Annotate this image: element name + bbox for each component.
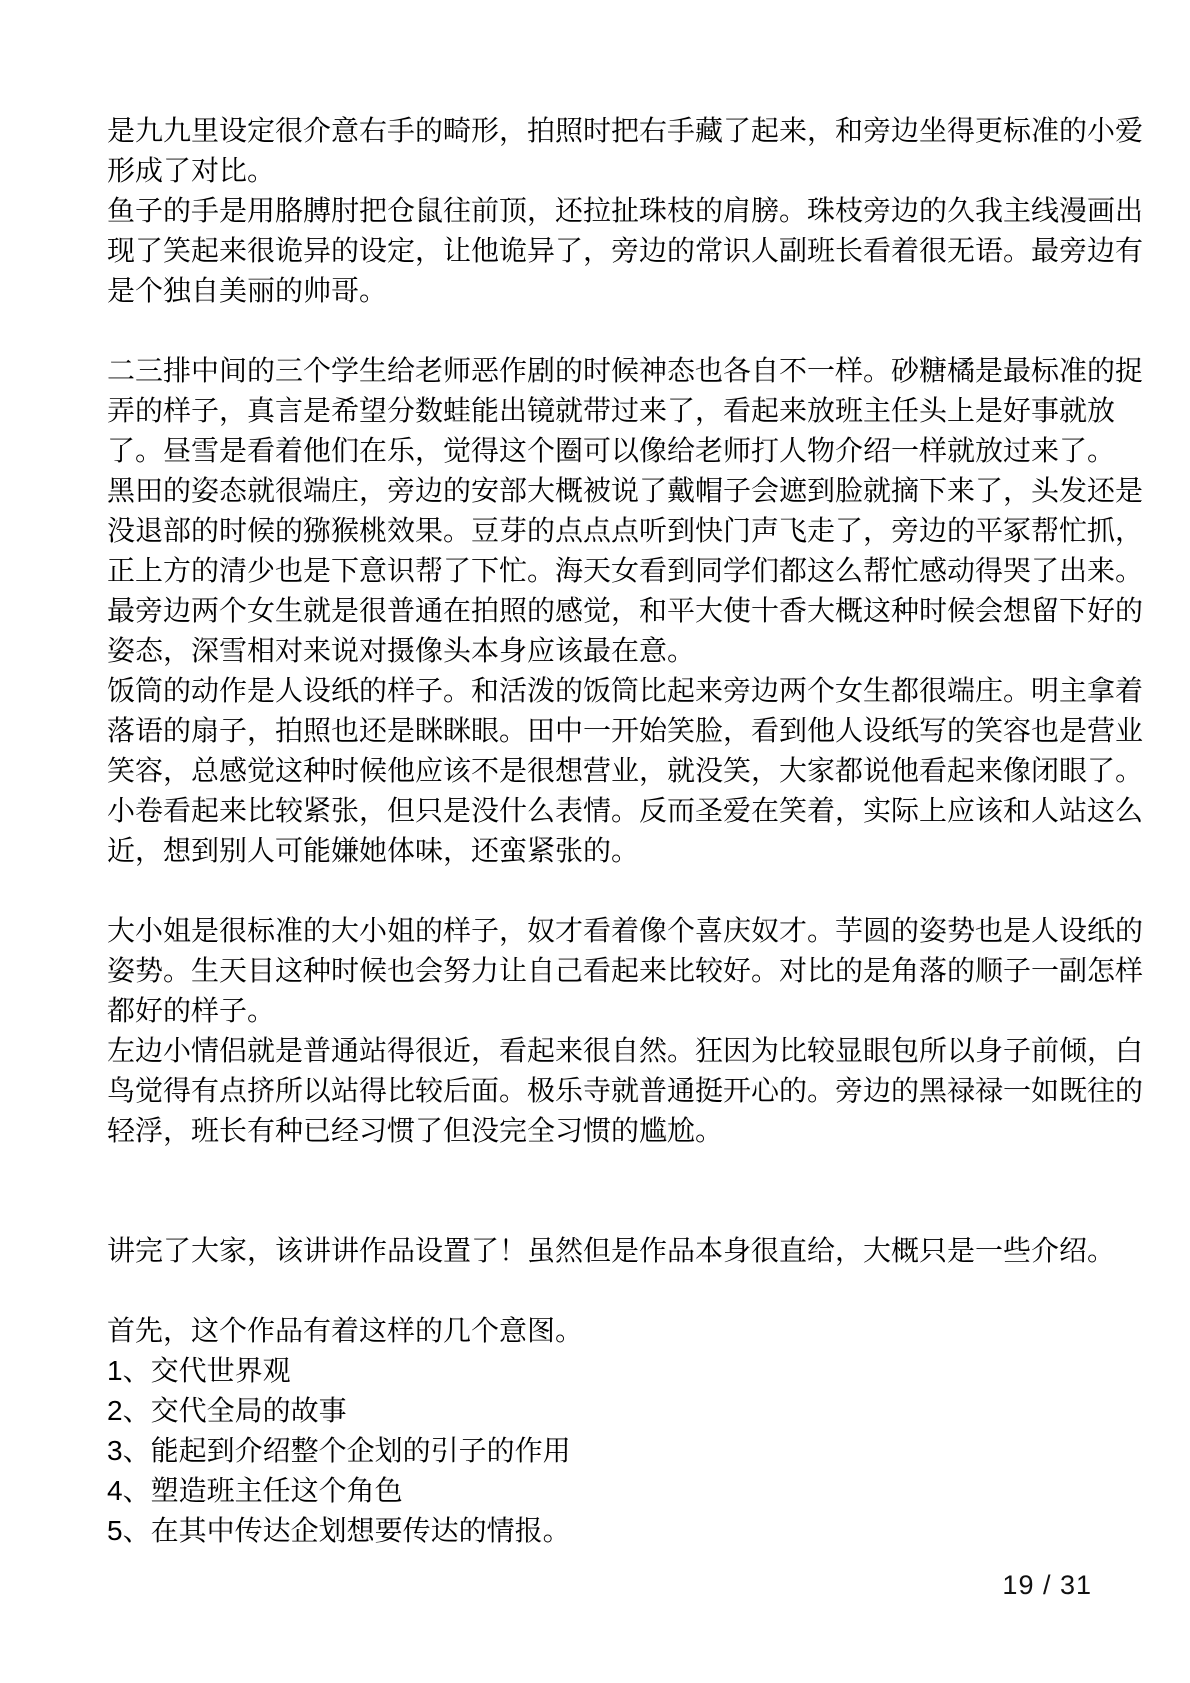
text-line: 是个独自美丽的帅哥。 — [107, 271, 1107, 311]
paragraph-transition: 讲完了大家，该讲讲作品设置了！虽然但是作品本身很直给，大概只是一些介绍。 — [107, 1231, 1107, 1271]
paragraph-photo-pose-1: 是九九里设定很介意右手的畸形，拍照时把右手藏了起来，和旁边坐得更标准的小爱 形成… — [107, 111, 1107, 311]
text-line: 没退部的时候的猕猴桃效果。豆芽的点点点听到快门声飞走了，旁边的平冢帮忙抓， — [107, 511, 1107, 551]
text-line: 都好的样子。 — [107, 991, 1107, 1031]
text-line: 黑田的姿态就很端庄，旁边的安部大概被说了戴帽子会遮到脸就摘下来了，头发还是 — [107, 471, 1107, 511]
text-line: 笑容，总感觉这种时候他应该不是很想营业，就没笑，大家都说他看起来像闭眼了。 — [107, 751, 1107, 791]
document-page: 是九九里设定很介意右手的畸形，拍照时把右手藏了起来，和旁边坐得更标准的小爱 形成… — [0, 0, 1190, 1683]
list-item: 2、交代全局的故事 — [107, 1391, 1107, 1431]
text-line: 姿态，深雪相对来说对摄像头本身应该最在意。 — [107, 631, 1107, 671]
text-line: 鱼子的手是用胳膊肘把仓鼠往前顶，还拉扯珠枝的肩膀。珠枝旁边的久我主线漫画出 — [107, 191, 1107, 231]
numbered-list-intents: 1、交代世界观 2、交代全局的故事 3、能起到介绍整个企划的引子的作用 4、塑造… — [107, 1351, 1107, 1551]
list-item: 5、在其中传达企划想要传达的情报。 — [107, 1511, 1107, 1551]
text-line: 现了笑起来很诡异的设定，让他诡异了，旁边的常识人副班长看着很无语。最旁边有 — [107, 231, 1107, 271]
list-item: 1、交代世界观 — [107, 1351, 1107, 1391]
list-item: 3、能起到介绍整个企划的引子的作用 — [107, 1431, 1107, 1471]
text-line: 近，想到别人可能嫌她体味，还蛮紧张的。 — [107, 831, 1107, 871]
paragraph-photo-pose-2: 二三排中间的三个学生给老师恶作剧的时候神态也各自不一样。砂糖橘是最标准的捉 弄的… — [107, 351, 1107, 871]
text-line: 轻浮，班长有种已经习惯了但没完全习惯的尴尬。 — [107, 1111, 1107, 1151]
list-item: 4、塑造班主任这个角色 — [107, 1471, 1107, 1511]
document-content: 是九九里设定很介意右手的畸形，拍照时把右手藏了起来，和旁边坐得更标准的小爱 形成… — [107, 111, 1107, 1551]
text-line: 形成了对比。 — [107, 151, 1107, 191]
text-line: 左边小情侣就是普通站得很近，看起来很自然。狂因为比较显眼包所以身子前倾，白 — [107, 1031, 1107, 1071]
paragraph-photo-pose-3: 大小姐是很标准的大小姐的样子，奴才看着像个喜庆奴才。芋圆的姿势也是人设纸的 姿势… — [107, 911, 1107, 1151]
text-line: 最旁边两个女生就是很普通在拍照的感觉，和平大使十香大概这种时候会想留下好的 — [107, 591, 1107, 631]
text-line: 正上方的清少也是下意识帮了下忙。海天女看到同学们都这么帮忙感动得哭了出来。 — [107, 551, 1107, 591]
text-line: 落语的扇子，拍照也还是眯眯眼。田中一开始笑脸，看到他人设纸写的笑容也是营业 — [107, 711, 1107, 751]
page-number: 19 / 31 — [1002, 1570, 1092, 1600]
text-line: 了。昼雪是看着他们在乐，觉得这个圈可以像给老师打人物介绍一样就放过来了。 — [107, 431, 1107, 471]
text-line: 姿势。生天目这种时候也会努力让自己看起来比较好。对比的是角落的顺子一副怎样 — [107, 951, 1107, 991]
text-line: 讲完了大家，该讲讲作品设置了！虽然但是作品本身很直给，大概只是一些介绍。 — [107, 1231, 1107, 1271]
text-line: 弄的样子，真言是希望分数蛙能出镜就带过来了，看起来放班主任头上是好事就放 — [107, 391, 1107, 431]
text-line: 鸟觉得有点挤所以站得比较后面。极乐寺就普通挺开心的。旁边的黑禄禄一如既往的 — [107, 1071, 1107, 1111]
text-line: 大小姐是很标准的大小姐的样子，奴才看着像个喜庆奴才。芋圆的姿势也是人设纸的 — [107, 911, 1107, 951]
text-line: 饭筒的动作是人设纸的样子。和活泼的饭筒比起来旁边两个女生都很端庄。明主拿着 — [107, 671, 1107, 711]
text-line: 首先，这个作品有着这样的几个意图。 — [107, 1311, 1107, 1351]
page-footer: 19 / 31 — [107, 1569, 1092, 1601]
text-line: 二三排中间的三个学生给老师恶作剧的时候神态也各自不一样。砂糖橘是最标准的捉 — [107, 351, 1107, 391]
text-line: 小卷看起来比较紧张，但只是没什么表情。反而圣爱在笑着，实际上应该和人站这么 — [107, 791, 1107, 831]
paragraph-intent-intro: 首先，这个作品有着这样的几个意图。 — [107, 1311, 1107, 1351]
text-line: 是九九里设定很介意右手的畸形，拍照时把右手藏了起来，和旁边坐得更标准的小爱 — [107, 111, 1107, 151]
